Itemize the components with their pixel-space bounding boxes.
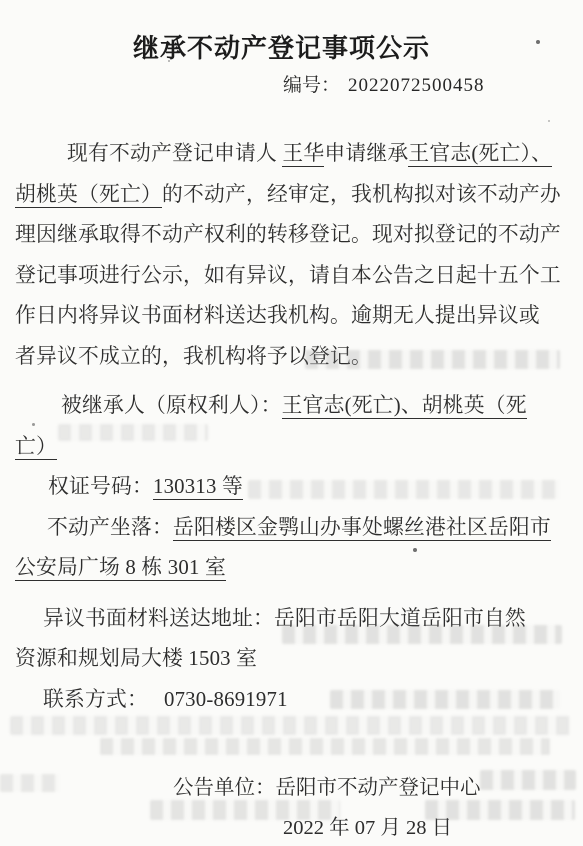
bleed-through-artifact bbox=[100, 738, 550, 755]
certificate-number-underlined-value: 130313 等 bbox=[153, 475, 243, 500]
applicant-paragraph-text: 登记事项进行公示，如有异议，请自本公告之日起十五个工 bbox=[15, 264, 561, 287]
applicant-paragraph-text: 作日内将异议书面材料送达我机构。逾期无人提出异议或 bbox=[15, 304, 540, 327]
property-location-underlined-value: 岳阳楼区金鹗山办事处螺丝港社区岳阳市 bbox=[173, 516, 551, 541]
applicant-paragraph-line: 现有不动产登记申请人 王华申请继承王官志(死亡）、 bbox=[15, 134, 559, 175]
applicant-paragraph-text: 者异议不成立的，我机构将予以登记。 bbox=[15, 345, 372, 368]
applicant-paragraph-line: 者异议不成立的，我机构将予以登记。 bbox=[15, 337, 559, 378]
property-location-line: 不动产坐落：岳阳楼区金鹗山办事处螺丝港社区岳阳市 bbox=[15, 508, 559, 549]
notice-document: 继承不动产登记事项公示 编号：2022072500458 现有不动产登记申请人 … bbox=[0, 0, 583, 846]
decedent-underlined-value: 王官志(死亡)、胡桃英（死 bbox=[282, 394, 527, 419]
issuing-unit-label: 公告单位： bbox=[173, 777, 276, 799]
objection-address-text: 岳阳市岳阳大道岳阳市自然 bbox=[274, 607, 526, 630]
contact-section: 联系方式：0730-8691971 bbox=[15, 680, 559, 721]
document-number-label: 编号： bbox=[283, 75, 340, 96]
property-location-text: 不动产坐落： bbox=[47, 516, 173, 539]
issuing-unit-line: 公告单位：岳阳市不动产登记中心 bbox=[158, 768, 583, 808]
decedent-text: 被继承人（原权利人）： bbox=[61, 394, 282, 417]
certificate-number-section: 权证号码：130313 等 bbox=[15, 467, 559, 508]
applicant-paragraph-text: 理因继承取得不动产权利的转移登记。现对拟登记的不动产 bbox=[15, 223, 561, 246]
document-number-line: 编号：2022072500458 bbox=[283, 75, 583, 97]
property-location-line: 公安局广场 8 栋 301 室 bbox=[15, 548, 559, 589]
objection-address-section: 异议书面材料送达地址：岳阳市岳阳大道岳阳市自然资源和规划局大楼 1503 室 bbox=[15, 599, 559, 680]
contact-line: 联系方式：0730-8691971 bbox=[15, 680, 559, 721]
objection-address-line: 异议书面材料送达地址：岳阳市岳阳大道岳阳市自然 bbox=[15, 599, 559, 640]
applicant-paragraph-text: 的不动产，经审定，我机构拟对该不动产办 bbox=[162, 183, 561, 206]
document-body: 现有不动产登记申请人 王华申请继承王官志(死亡）、胡桃英（死亡）的不动产，经审定… bbox=[15, 134, 559, 720]
issuing-unit-name: 岳阳市不动产登记中心 bbox=[276, 777, 481, 799]
scan-speck bbox=[548, 120, 550, 122]
objection-address-line: 资源和规划局大楼 1503 室 bbox=[15, 639, 559, 680]
certificate-number-line: 权证号码：130313 等 bbox=[15, 467, 559, 508]
decedent-line: 亡） bbox=[15, 427, 559, 468]
applicant-paragraph-underlined-value: 王官志(死亡）、 bbox=[408, 142, 552, 167]
applicant-paragraph-line: 作日内将异议书面材料送达我机构。逾期无人提出异议或 bbox=[15, 296, 559, 337]
decedent-line: 被继承人（原权利人）：王官志(死亡)、胡桃英（死 bbox=[15, 386, 559, 427]
applicant-paragraph-underlined-value: 胡桃英（死亡） bbox=[15, 183, 162, 208]
contact-text: 联系方式： bbox=[43, 688, 148, 711]
certificate-number-text: 权证号码： bbox=[48, 475, 153, 498]
applicant-paragraph-line: 理因继承取得不动产权利的转移登记。现对拟登记的不动产 bbox=[15, 215, 559, 256]
applicant-paragraph-line: 胡桃英（死亡）的不动产，经审定，我机构拟对该不动产办 bbox=[15, 175, 559, 216]
bleed-through-artifact bbox=[0, 774, 60, 792]
decedent-underlined-value: 亡） bbox=[15, 435, 57, 460]
objection-address-text: 异议书面材料送达地址： bbox=[43, 607, 274, 630]
applicant-paragraph-underlined-value: 王华 bbox=[282, 142, 324, 167]
property-location-underlined-value: 公安局广场 8 栋 301 室 bbox=[15, 556, 226, 581]
objection-address-text: 资源和规划局大楼 1503 室 bbox=[15, 647, 257, 670]
issue-date: 2022 年 07 月 28 日 bbox=[283, 808, 583, 846]
applicant-paragraph-section: 现有不动产登记申请人 王华申请继承王官志(死亡）、胡桃英（死亡）的不动产，经审定… bbox=[15, 134, 559, 377]
applicant-paragraph-text: 申请继承 bbox=[324, 142, 408, 165]
contact-text: 0730-8691971 bbox=[164, 688, 288, 711]
page-title: 继承不动产登记事项公示 bbox=[0, 28, 563, 65]
applicant-paragraph-line: 登记事项进行公示，如有异议，请自本公告之日起十五个工 bbox=[15, 256, 559, 297]
applicant-paragraph-text: 现有不动产登记申请人 bbox=[67, 142, 282, 165]
property-location-section: 不动产坐落：岳阳楼区金鹗山办事处螺丝港社区岳阳市公安局广场 8 栋 301 室 bbox=[15, 508, 559, 589]
document-number-value: 2022072500458 bbox=[348, 75, 485, 96]
decedent-section: 被继承人（原权利人）：王官志(死亡)、胡桃英（死亡） bbox=[15, 386, 559, 467]
